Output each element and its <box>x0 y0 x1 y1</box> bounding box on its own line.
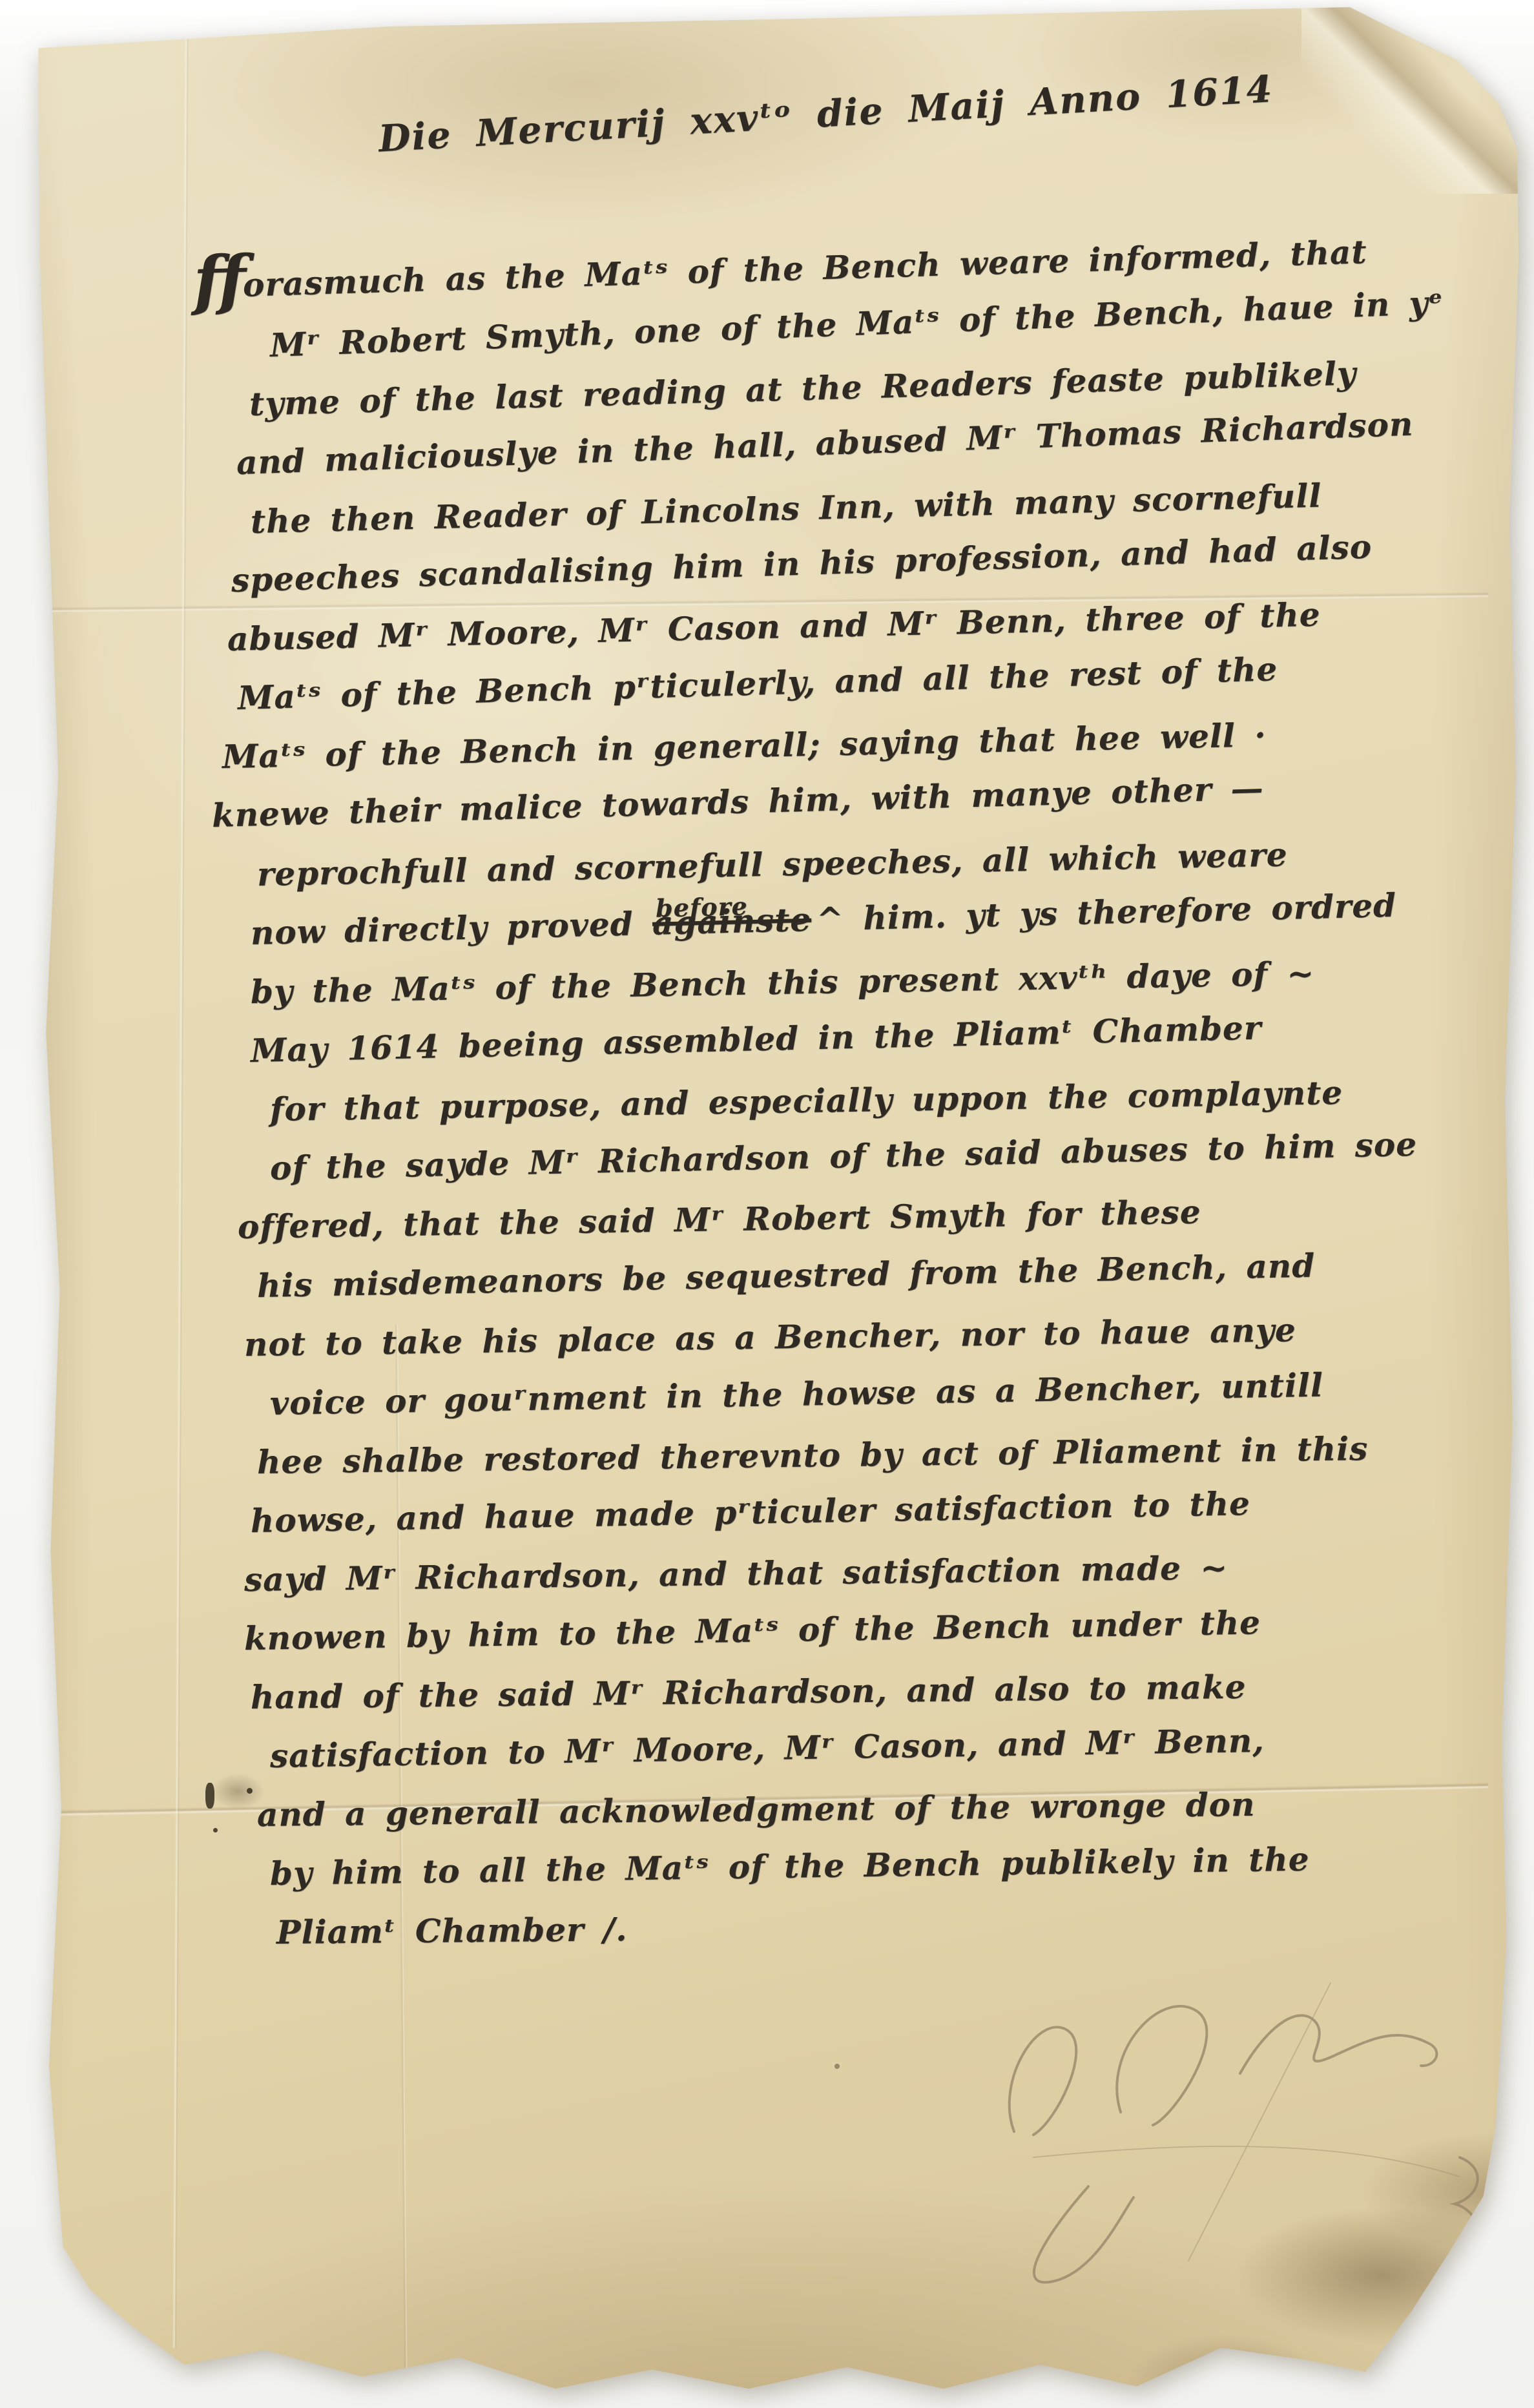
scanned-manuscript-page: { "document": { "heading": "Die Mercurij… <box>0 0 1534 2408</box>
vertical-fold-crease <box>172 36 189 2348</box>
date-heading: Die Mercurij xxvᵗᵒ die Maij Anno 1614 <box>377 61 1385 161</box>
signature-flourish <box>969 1964 1534 2351</box>
manuscript-lines: fforasmuch as the Maᵗˢ of the Bench wear… <box>194 257 1479 1962</box>
decorated-initial: ff <box>192 241 244 318</box>
paper-sheet: Die Mercurij xxvᵗᵒ die Maij Anno 1614 ff… <box>0 0 1534 2408</box>
paper-sheet-wrap: Die Mercurij xxvᵗᵒ die Maij Anno 1614 ff… <box>0 0 1534 2408</box>
insertion-caret: ^ <box>816 900 844 939</box>
interlinear-insertion: before <box>655 877 749 937</box>
manuscript-line: Pliamᵗ Chamber /. <box>276 1893 1480 1962</box>
